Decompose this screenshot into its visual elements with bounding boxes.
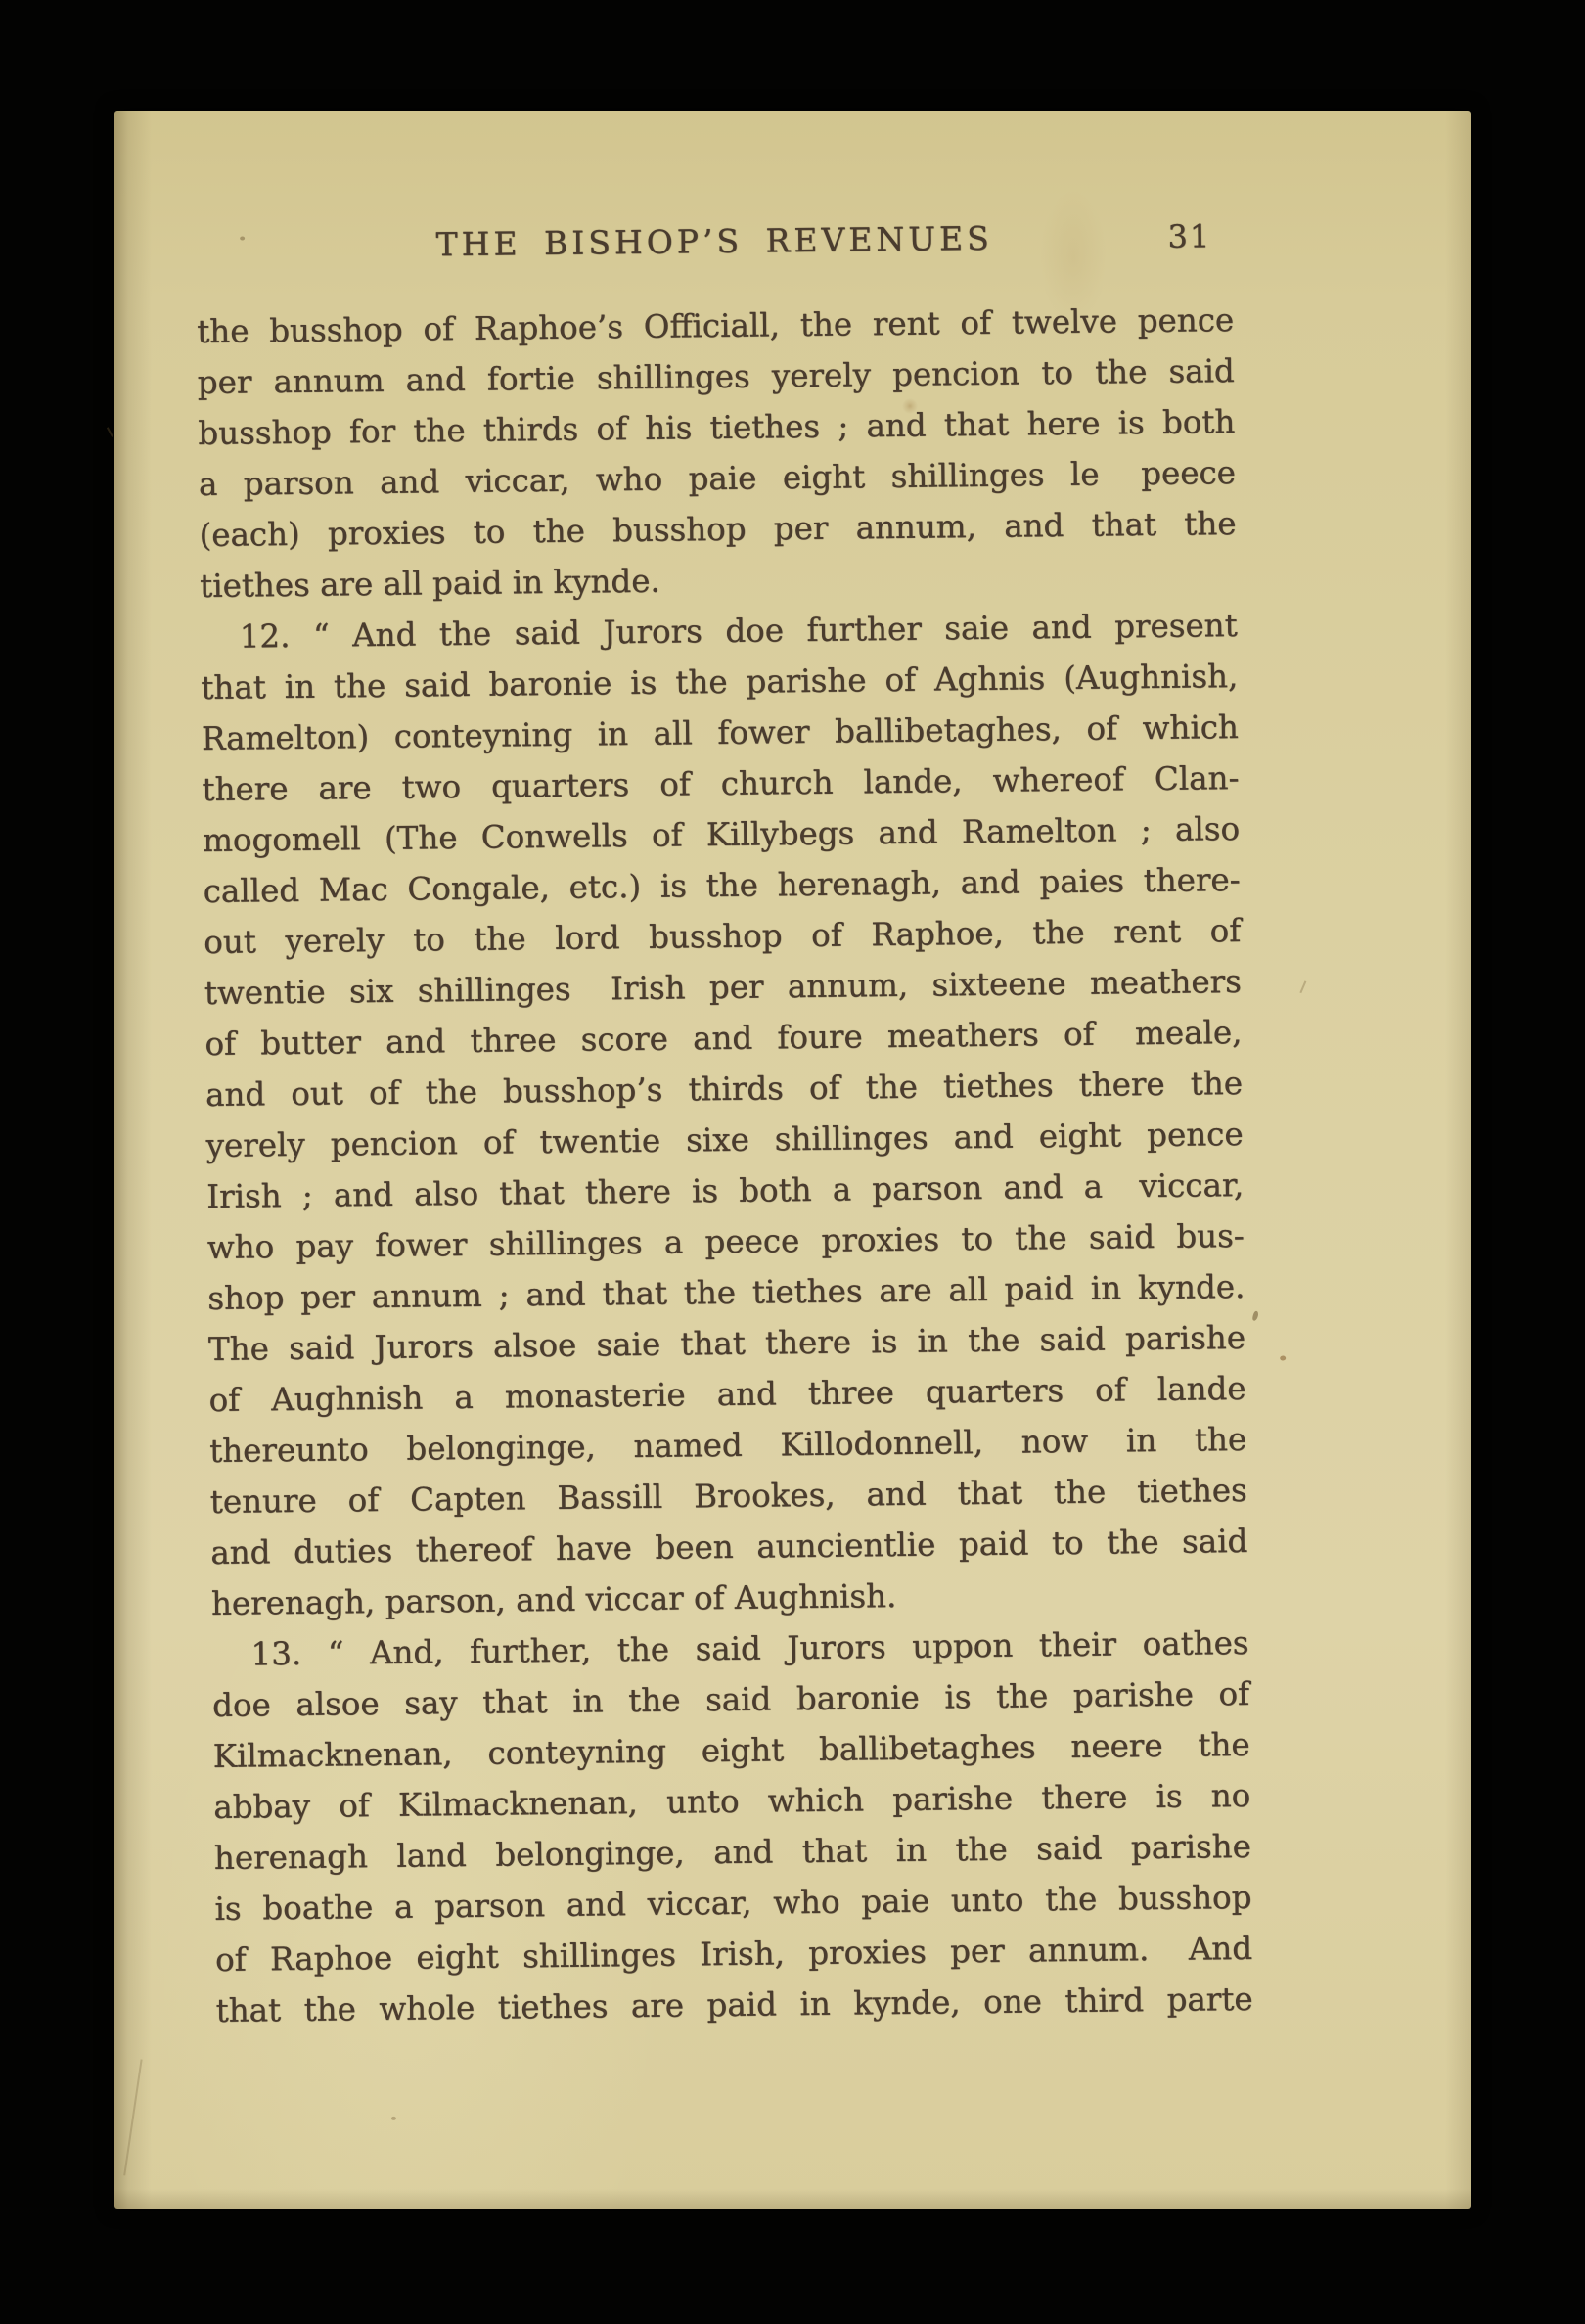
scan-speck [1299,980,1306,993]
page-header: THE BISHOP’S REVENUES 31 [196,216,1233,275]
scan-speck [123,2059,142,2175]
page-number: 31 [1167,217,1211,255]
running-header-title: THE BISHOP’S REVENUES [196,216,1233,266]
scan-speck [107,427,113,437]
scan-speck [1280,1355,1286,1360]
body-text: the busshop of Raphoe’s Officiall, the r… [197,295,1253,2036]
book-page: THE BISHOP’S REVENUES 31 the busshop of … [114,111,1471,2209]
scan-speck [391,2117,396,2120]
scan-speck [1252,1310,1259,1321]
scan-background: THE BISHOP’S REVENUES 31 the busshop of … [0,0,1585,2324]
text-line: that the whole tiethes are paid in kynde… [215,1974,1253,2036]
page-content: THE BISHOP’S REVENUES 31 the busshop of … [104,96,1483,2210]
